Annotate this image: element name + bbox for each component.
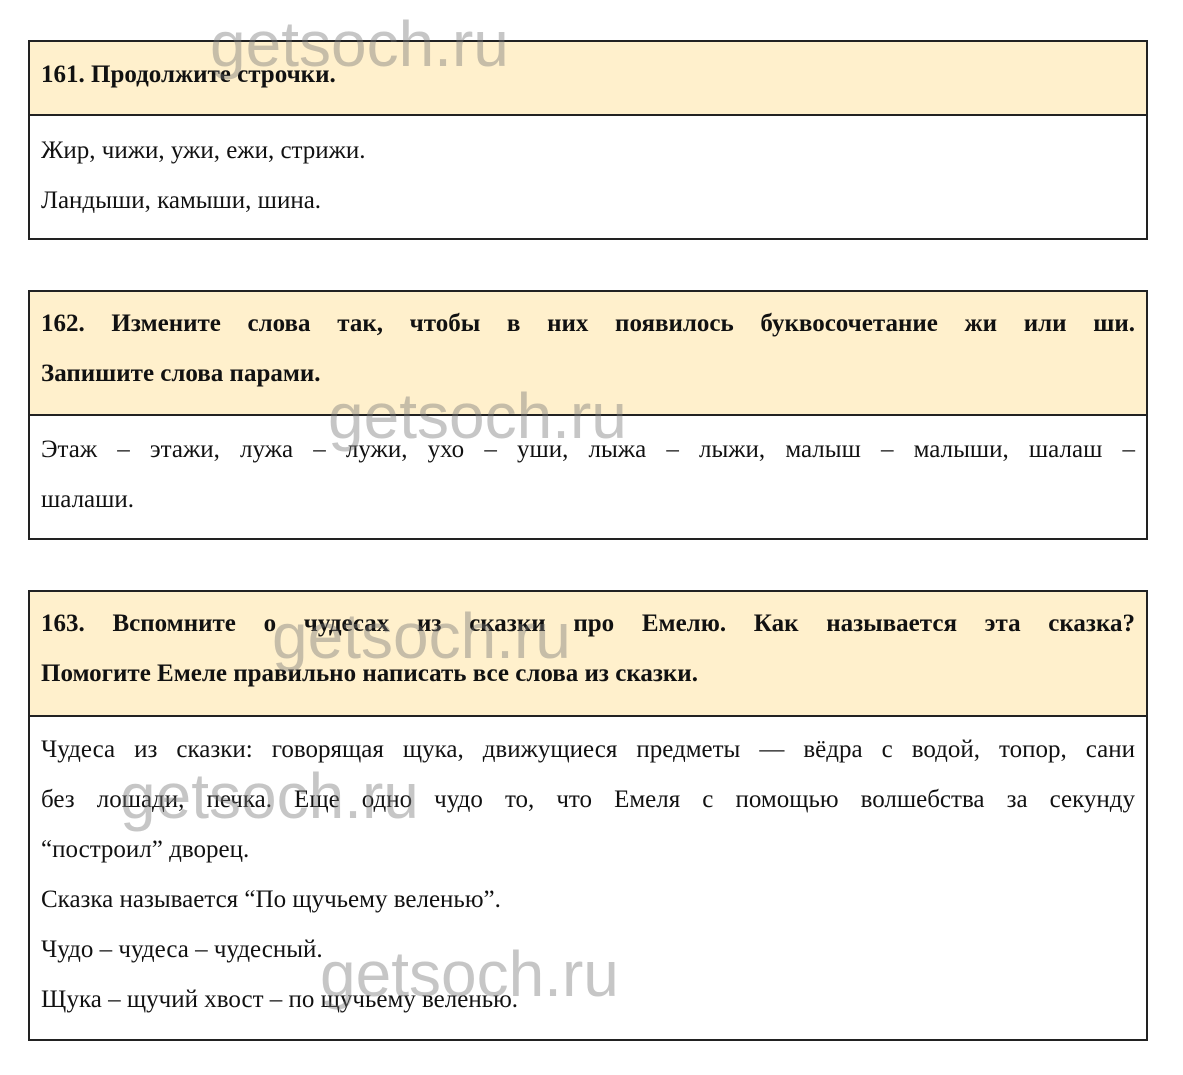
task-163: 163. Вспомните о чудесах из сказки про Е… (28, 590, 1148, 1041)
answer-line: “построил” дворец. (41, 825, 1135, 875)
task-162: 162. Измените слова так, чтобы в них поя… (28, 290, 1148, 540)
task-162-title: 162. Измените слова так, чтобы в них поя… (30, 292, 1146, 416)
task-161: 161. Продолжите строчки. Жир, чижи, ужи,… (28, 40, 1148, 240)
answer-line: Щука – щучий хвост – по щучьему веленью. (41, 975, 1135, 1025)
answer-line: Ландыши, камыши, шина. (41, 176, 1135, 226)
task-163-title: 163. Вспомните о чудесах из сказки про Е… (30, 592, 1146, 717)
title-line: 161. Продолжите строчки. (41, 42, 1135, 108)
answer-line: Чудо – чудеса – чудесный. (41, 925, 1135, 975)
answer-line: Жир, чижи, ужи, ежи, стрижи. (41, 126, 1135, 176)
answer-line: Чудеса из сказки: говорящая щука, движущ… (41, 725, 1135, 775)
answer-line: Сказка называется “По щучьему веленью”. (41, 875, 1135, 925)
task-161-title: 161. Продолжите строчки. (30, 42, 1146, 116)
task-163-answer: Чудеса из сказки: говорящая щука, движущ… (30, 717, 1146, 1025)
title-line: Запишите слова парами. (41, 349, 1135, 399)
answer-line: без лошади, печка. Еще одно чудо то, что… (41, 775, 1135, 825)
answer-line: Этаж – этажи, лужа – лужи, ухо – уши, лы… (41, 425, 1135, 475)
title-line: Помогите Емеле правильно написать все сл… (41, 649, 1135, 699)
task-161-answer: Жир, чижи, ужи, ежи, стрижи. Ландыши, ка… (30, 116, 1146, 226)
title-line: 162. Измените слова так, чтобы в них поя… (41, 299, 1135, 349)
task-162-answer: Этаж – этажи, лужа – лужи, ухо – уши, лы… (30, 416, 1146, 525)
title-line: 163. Вспомните о чудесах из сказки про Е… (41, 599, 1135, 649)
answer-line: шалаши. (41, 475, 1135, 525)
